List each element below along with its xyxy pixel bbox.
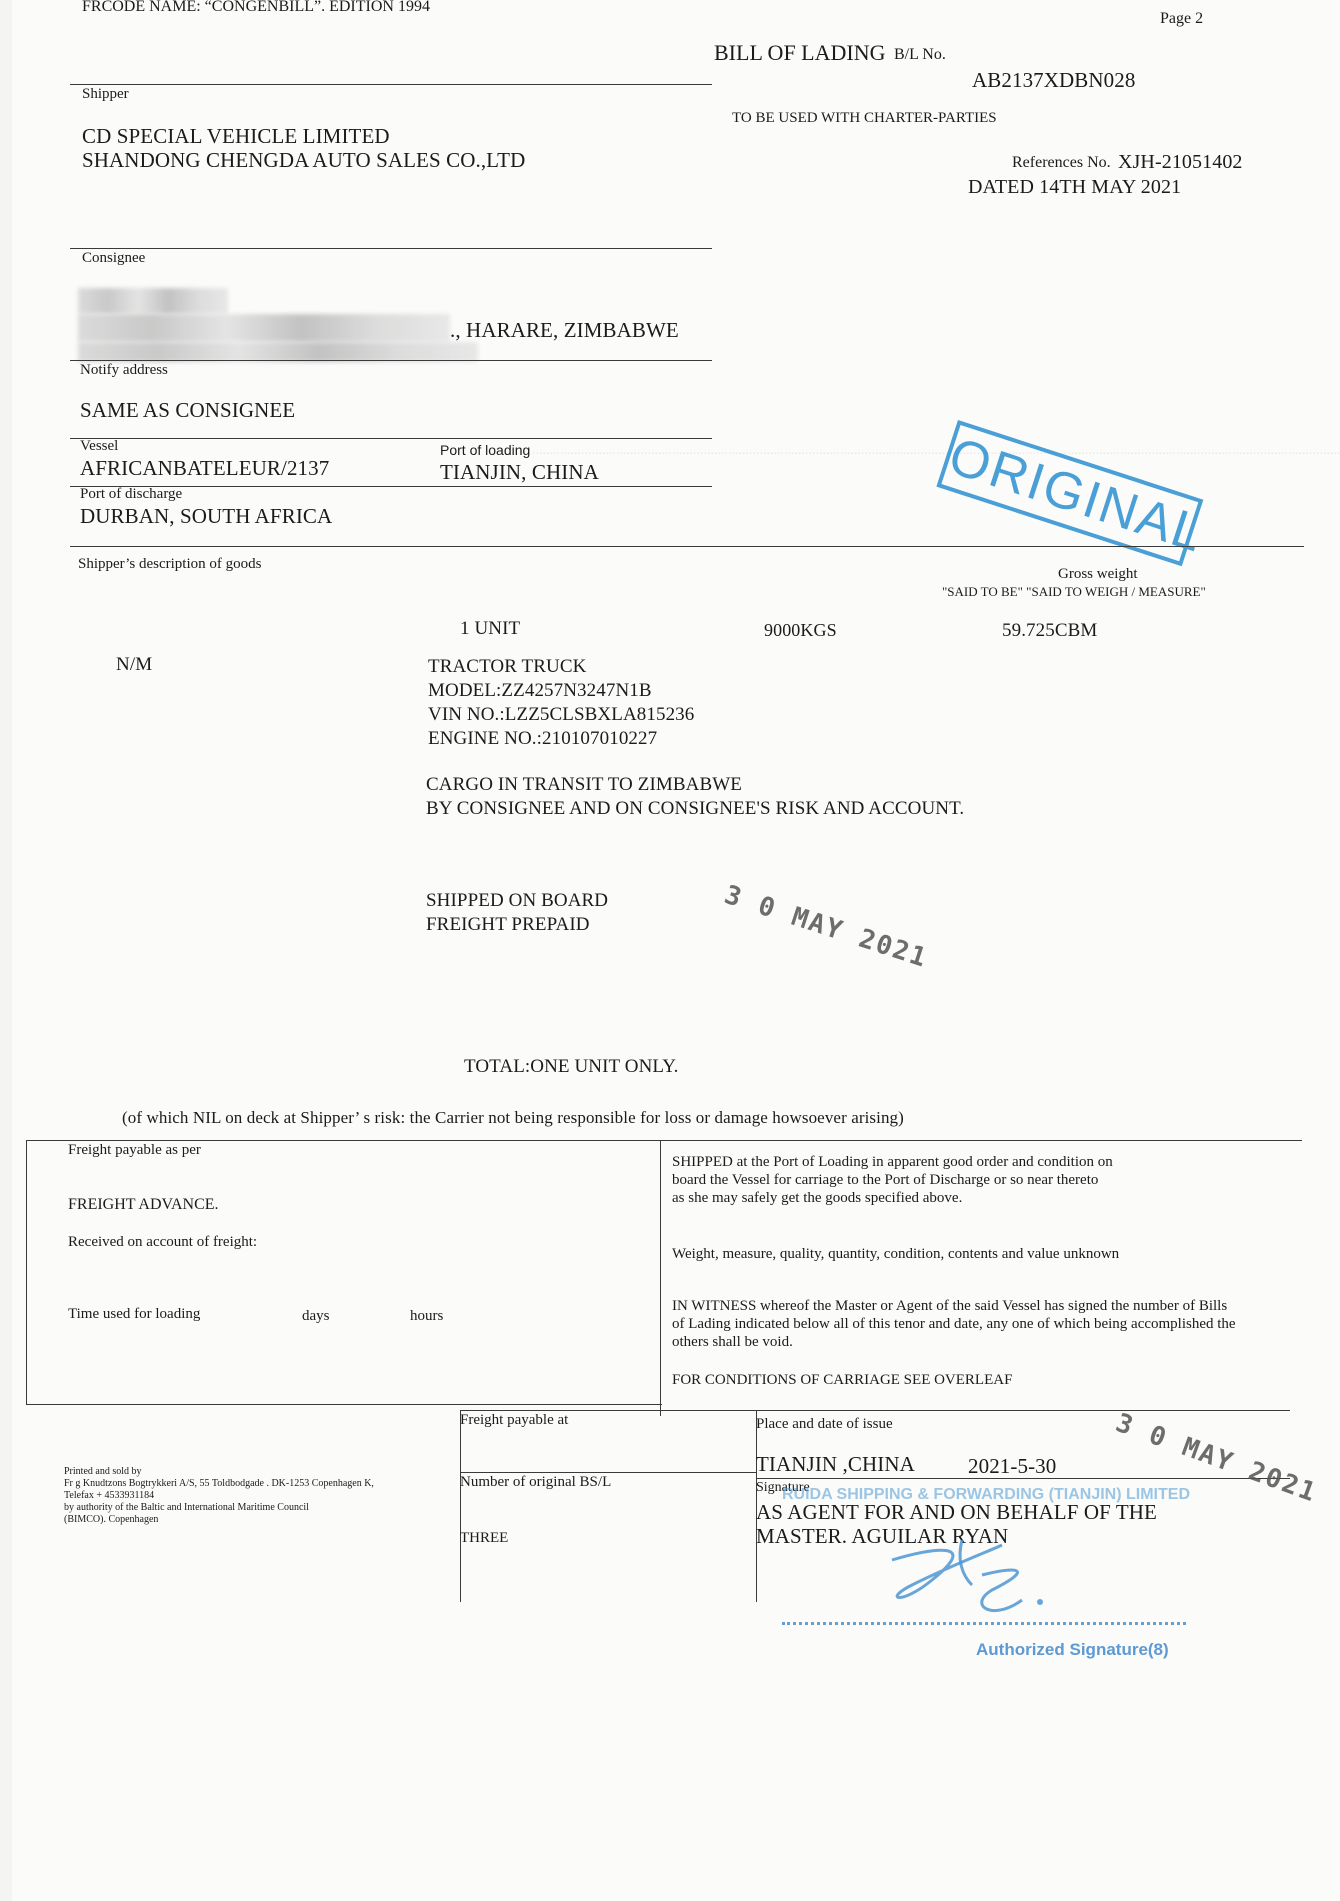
quantity: 1 UNIT xyxy=(460,618,520,640)
number-originals-value: THREE xyxy=(460,1530,508,1547)
shipped-on-board: SHIPPED ON BOARD xyxy=(426,890,608,912)
bl-no-label: B/L No. xyxy=(894,46,946,64)
said-to-be-label: "SAID TO BE" "SAID TO WEIGH / MEASURE" xyxy=(942,584,1206,600)
shipped-clause-3: as she may safely get the goods specifie… xyxy=(672,1190,962,1207)
document-title: BILL OF LADING xyxy=(714,40,886,66)
consignee-address: ., HARARE, ZIMBABWE xyxy=(450,318,679,343)
divider xyxy=(70,248,712,249)
freight-payable-at-label: Freight payable at xyxy=(460,1412,568,1429)
references-number: XJH-21051402 xyxy=(1118,151,1243,174)
goods-description-2: MODEL:ZZ4257N3247N1B xyxy=(428,680,652,702)
date-stamp-on-board: 3 0 MAY 2021 xyxy=(721,880,932,974)
goods-description-4: ENGINE NO.:210107010227 xyxy=(428,728,657,750)
place-date-label: Place and date of issue xyxy=(756,1416,893,1433)
footer-top-divider xyxy=(460,1410,1290,1411)
shipped-clause-1: SHIPPED at the Port of Loading in appare… xyxy=(672,1154,1113,1171)
printer-notice-3: Telefax + 4533931184 xyxy=(64,1490,154,1502)
hours-label: hours xyxy=(410,1308,443,1325)
freight-prepaid: FREIGHT PREPAID xyxy=(426,914,590,936)
marks-numbers: N/M xyxy=(116,654,152,676)
deck-clause: (of which NIL on deck at Shipper’ s risk… xyxy=(122,1108,904,1128)
divider xyxy=(70,84,712,85)
days-label: days xyxy=(302,1308,330,1325)
printer-notice-2: Fr g Knudtzons Bogtrykkeri A/S, 55 Toldb… xyxy=(64,1478,374,1490)
original-stamp: ORIGINAL xyxy=(936,420,1203,566)
freight-payable-as-per-value: FREIGHT ADVANCE. xyxy=(68,1196,219,1214)
gross-weight-label: Gross weight xyxy=(1058,566,1138,583)
date-of-issue: 2021-5-30 xyxy=(968,1454,1056,1479)
vessel-label: Vessel xyxy=(80,438,118,455)
divider xyxy=(70,438,712,439)
goods-description-3: VIN NO.:LZZ5CLSBXLA815236 xyxy=(428,704,694,726)
port-of-loading-label: Port of loading xyxy=(440,442,530,458)
consignee-label: Consignee xyxy=(82,250,145,267)
conditions-overleaf: FOR CONDITIONS OF CARRIAGE SEE OVERLEAF xyxy=(672,1372,1012,1389)
transit-note-1: CARGO IN TRANSIT TO ZIMBABWE xyxy=(426,774,742,796)
shipper-label: Shipper xyxy=(82,86,129,103)
printer-notice-5: (BIMCO). Copenhagen xyxy=(64,1514,158,1526)
transit-note-2: BY CONSIGNEE AND ON CONSIGNEE'S RISK AND… xyxy=(426,798,964,820)
footer-left-divider xyxy=(460,1410,461,1602)
goods-label: Shipper’s description of goods xyxy=(78,556,261,573)
shipper-line-2: SHANDONG CHENGDA AUTO SALES CO.,LTD xyxy=(82,148,525,173)
bill-of-lading-page: ........................................… xyxy=(12,0,1340,1901)
signature-line-1: AS AGENT FOR AND ON BEHALF OF THE xyxy=(756,1500,1157,1525)
witness-clause-1: IN WITNESS whereof the Master or Agent o… xyxy=(672,1298,1227,1315)
signature-dotted-line xyxy=(782,1622,1186,1625)
shipper-line-1: CD SPECIAL VEHICLE LIMITED xyxy=(82,124,390,149)
gross-weight-value: 9000KGS xyxy=(764,620,837,641)
freight-box-divider xyxy=(660,1140,661,1416)
printer-notice-4: by authority of the Baltic and Internati… xyxy=(64,1502,309,1514)
footer-freight-divider xyxy=(460,1472,756,1473)
redacted-consignee-address xyxy=(78,314,450,342)
port-of-loading-value: TIANJIN, CHINA xyxy=(440,460,599,485)
references-label: References No. xyxy=(1012,154,1111,172)
bl-number: AB2137XDBN028 xyxy=(972,68,1135,93)
shipped-clause-2: board the Vessel for carriage to the Por… xyxy=(672,1172,1098,1189)
port-of-discharge-label: Port of discharge xyxy=(80,486,182,503)
handwritten-signature-icon xyxy=(872,1530,1072,1620)
redacted-consignee-name xyxy=(78,288,228,314)
total-units: TOTAL:ONE UNIT ONLY. xyxy=(464,1056,678,1078)
notify-value: SAME AS CONSIGNEE xyxy=(80,398,295,423)
redacted-consignee-phone xyxy=(78,342,478,362)
form-code: FRCODE NAME: “CONGENBILL”. EDITION 1994 xyxy=(82,0,430,16)
port-of-discharge-value: DURBAN, SOUTH AFRICA xyxy=(80,504,332,529)
dated: DATED 14TH MAY 2021 xyxy=(968,176,1181,199)
notify-label: Notify address xyxy=(80,362,168,379)
goods-divider xyxy=(70,546,1304,547)
time-used-for-loading-label: Time used for loading xyxy=(68,1306,200,1323)
vessel-value: AFRICANBATELEUR/2137 xyxy=(80,456,329,481)
divider xyxy=(70,360,712,361)
freight-box-bottom xyxy=(26,1404,662,1405)
measurement-value: 59.725CBM xyxy=(1002,620,1097,642)
freight-box-top xyxy=(26,1140,1302,1141)
received-on-account-label: Received on account of freight: xyxy=(68,1234,257,1251)
witness-clause-2: of Lading indicated below all of this te… xyxy=(672,1316,1236,1333)
page-number: Page 2 xyxy=(1160,10,1203,28)
freight-payable-as-per-label: Freight payable as per xyxy=(68,1142,201,1159)
place-of-issue: TIANJIN ,CHINA xyxy=(756,1452,915,1477)
authorized-signature-label: Authorized Signature(8) xyxy=(976,1640,1169,1660)
goods-description-1: TRACTOR TRUCK xyxy=(428,656,586,678)
charter-party-subtitle: TO BE USED WITH CHARTER-PARTIES xyxy=(732,110,997,127)
witness-clause-3: others shall be void. xyxy=(672,1334,793,1351)
printer-notice-1: Printed and sold by xyxy=(64,1466,142,1478)
freight-box-left xyxy=(26,1140,27,1404)
unknown-clause: Weight, measure, quality, quantity, cond… xyxy=(672,1246,1119,1263)
number-originals-label: Number of original BS/L xyxy=(460,1474,611,1491)
